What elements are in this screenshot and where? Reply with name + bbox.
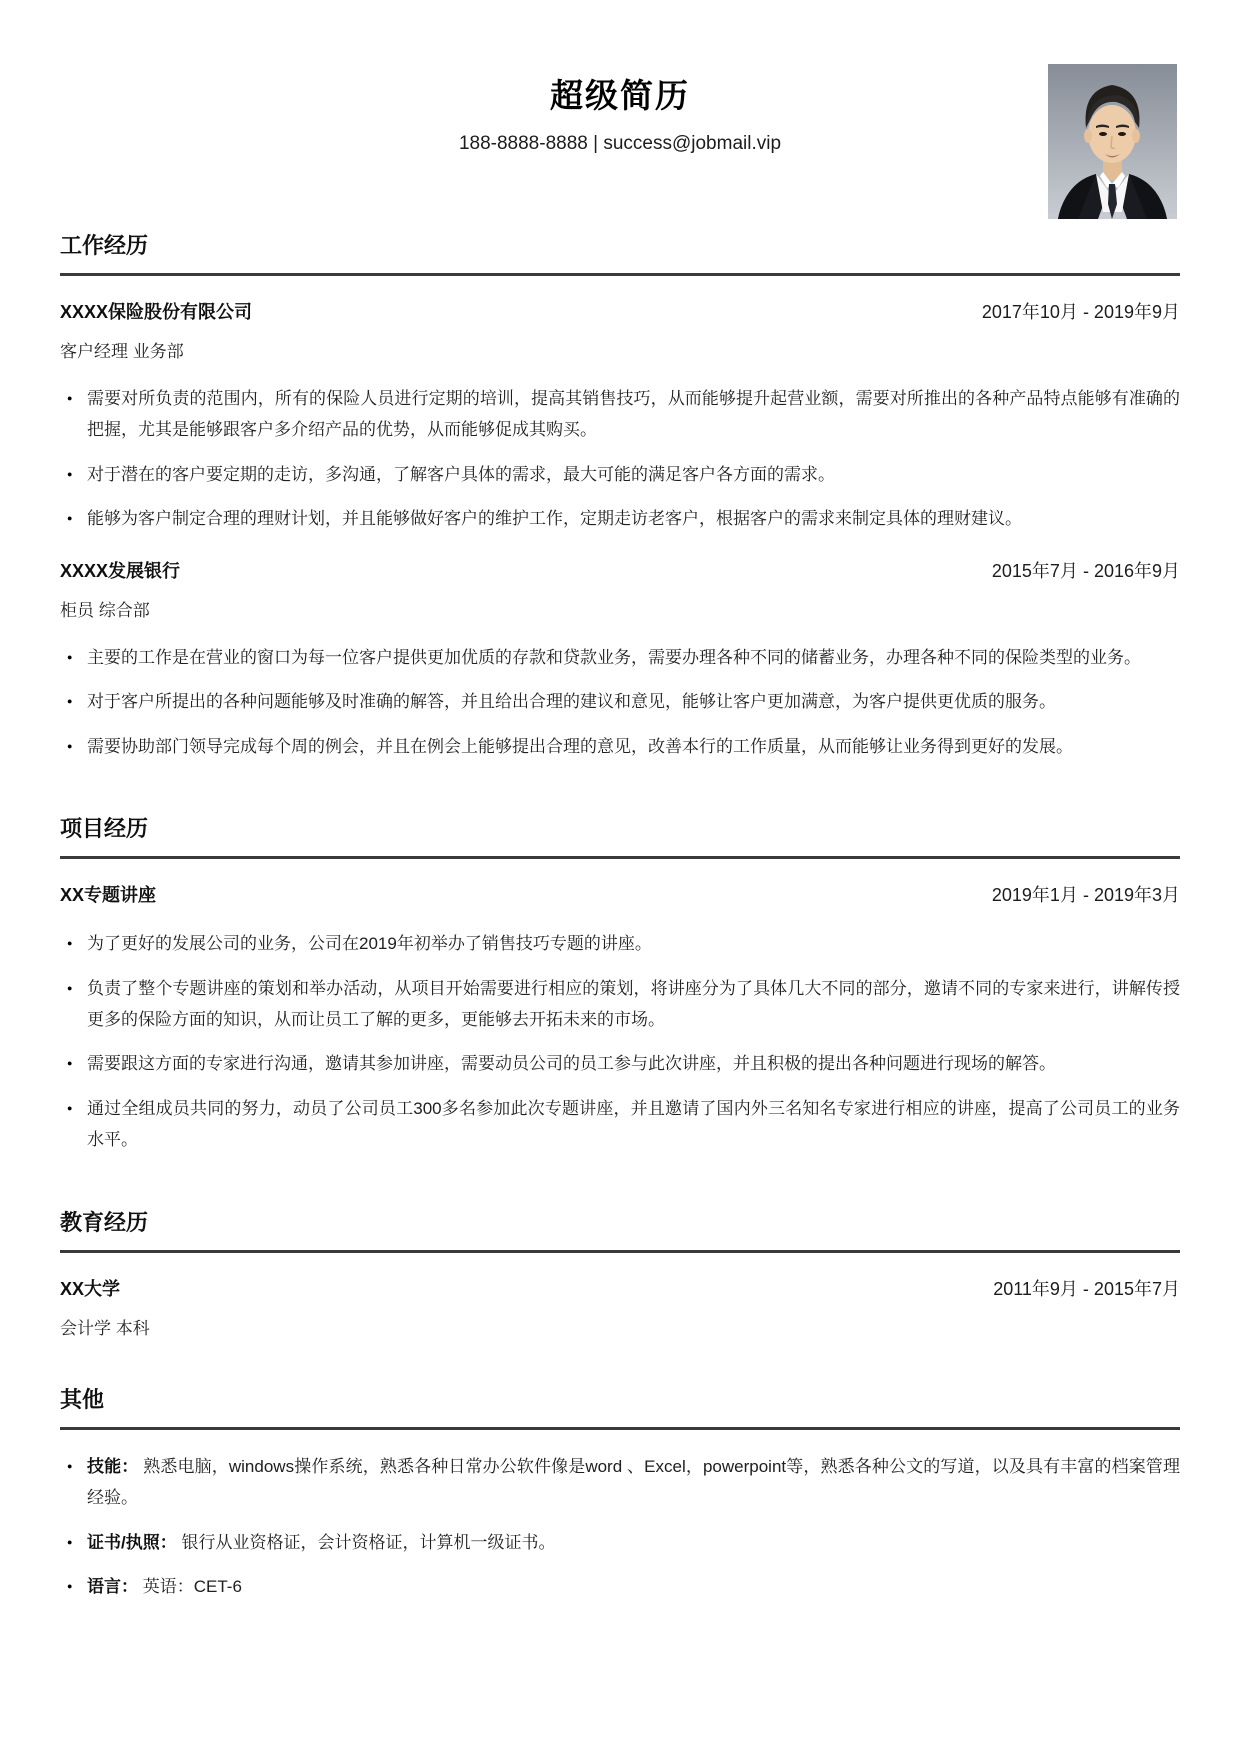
entry-header: XXXX发展银行 2015年7月 - 2016年9月	[60, 557, 1180, 583]
other-bullet-list: 技能： 熟悉电脑，windows操作系统，熟悉各种日常办公软件像是word 、E…	[60, 1451, 1180, 1603]
bullet-text: 银行从业资格证，会计资格证，计算机一级证书。	[181, 1533, 555, 1552]
bullet-item: 主要的工作是在营业的窗口为每一位客户提供更加优质的存款和贷款业务，需要办理各种不…	[60, 642, 1180, 673]
date-range: 2017年10月 - 2019年9月	[982, 298, 1180, 324]
work-entry-2: XXXX发展银行 2015年7月 - 2016年9月 柜员 综合部 主要的工作是…	[60, 557, 1180, 762]
bullet-item: 能够为客户制定合理的理财计划，并且能够做好客户的维护工作，定期走访老客户，根据客…	[60, 503, 1180, 534]
section-heading-project: 项目经历	[60, 812, 1180, 859]
job-role: 客户经理 业务部	[60, 337, 1180, 362]
section-project: 项目经历 XX专题讲座 2019年1月 - 2019年3月 为了更好的发展公司的…	[60, 812, 1180, 1156]
bullet-label: 证书/执照：	[87, 1533, 177, 1552]
entry-header: XXXX保险股份有限公司 2017年10月 - 2019年9月	[60, 298, 1180, 324]
bullet-item-certificates: 证书/执照： 银行从业资格证，会计资格证，计算机一级证书。	[60, 1527, 1180, 1558]
date-range: 2019年1月 - 2019年3月	[992, 881, 1180, 907]
bullet-item-language: 语言： 英语：CET-6	[60, 1571, 1180, 1602]
project-bullet-list: 为了更好的发展公司的业务，公司在2019年初举办了销售技巧专题的讲座。 负责了整…	[60, 928, 1180, 1156]
section-work: 工作经历 XXXX保险股份有限公司 2017年10月 - 2019年9月 客户经…	[60, 229, 1180, 762]
bullet-text: 熟悉电脑，windows操作系统，熟悉各种日常办公软件像是word 、Excel…	[87, 1457, 1180, 1507]
profile-photo	[1048, 64, 1177, 219]
bullet-item: 需要对所负责的范围内，所有的保险人员进行定期的培训，提高其销售技巧，从而能够提升…	[60, 383, 1180, 446]
section-heading-other: 其他	[60, 1383, 1180, 1430]
company-name: XXXX发展银行	[60, 557, 180, 583]
resume-title: 超级简历	[60, 0, 1180, 117]
section-heading-education: 教育经历	[60, 1206, 1180, 1253]
bullet-item-skills: 技能： 熟悉电脑，windows操作系统，熟悉各种日常办公软件像是word 、E…	[60, 1451, 1180, 1514]
job-bullet-list: 需要对所负责的范围内，所有的保险人员进行定期的培训，提高其销售技巧，从而能够提升…	[60, 383, 1180, 535]
bullet-item: 需要协助部门领导完成每个周的例会，并且在例会上能够提出合理的意见，改善本行的工作…	[60, 731, 1180, 762]
bullet-item: 需要跟这方面的专家进行沟通，邀请其参加讲座，需要动员公司的员工参与此次讲座，并且…	[60, 1048, 1180, 1079]
project-name: XX专题讲座	[60, 881, 156, 907]
work-entry-1: XXXX保险股份有限公司 2017年10月 - 2019年9月 客户经理 业务部…	[60, 298, 1180, 535]
section-other: 其他 技能： 熟悉电脑，windows操作系统，熟悉各种日常办公软件像是word…	[60, 1383, 1180, 1603]
major-degree: 会计学 本科	[60, 1314, 1180, 1339]
entry-header: XX大学 2011年9月 - 2015年7月	[60, 1275, 1180, 1301]
bullet-text: 英语：CET-6	[143, 1577, 242, 1596]
job-bullet-list: 主要的工作是在营业的窗口为每一位客户提供更加优质的存款和贷款业务，需要办理各种不…	[60, 642, 1180, 762]
portrait-illustration	[1048, 64, 1177, 219]
date-range: 2015年7月 - 2016年9月	[992, 557, 1180, 583]
education-entry: XX大学 2011年9月 - 2015年7月 会计学 本科	[60, 1275, 1180, 1339]
bullet-item: 对于客户所提出的各种问题能够及时准确的解答，并且给出合理的建议和意见，能够让客户…	[60, 686, 1180, 717]
bullet-item: 负责了整个专题讲座的策划和举办活动，从项目开始需要进行相应的策划，将讲座分为了具…	[60, 973, 1180, 1036]
section-education: 教育经历 XX大学 2011年9月 - 2015年7月 会计学 本科	[60, 1206, 1180, 1339]
bullet-item: 为了更好的发展公司的业务，公司在2019年初举办了销售技巧专题的讲座。	[60, 928, 1180, 959]
contact-line: 188-8888-8888 | success@jobmail.vip	[60, 133, 1180, 155]
company-name: XXXX保险股份有限公司	[60, 298, 252, 324]
bullet-label: 语言：	[87, 1577, 138, 1596]
job-role: 柜员 综合部	[60, 596, 1180, 621]
entry-header: XX专题讲座 2019年1月 - 2019年3月	[60, 881, 1180, 907]
bullet-label: 技能：	[87, 1457, 138, 1476]
section-heading-work: 工作经历	[60, 229, 1180, 276]
bullet-item: 对于潜在的客户要定期的走访，多沟通，了解客户具体的需求，最大可能的满足客户各方面…	[60, 459, 1180, 490]
resume-page: 超级简历 188-8888-8888 | success@jobmail.vip	[0, 0, 1240, 1755]
school-name: XX大学	[60, 1275, 120, 1301]
date-range: 2011年9月 - 2015年7月	[993, 1275, 1180, 1301]
project-entry: XX专题讲座 2019年1月 - 2019年3月 为了更好的发展公司的业务，公司…	[60, 881, 1180, 1156]
bullet-item: 通过全组成员共同的努力，动员了公司员工300多名参加此次专题讲座，并且邀请了国内…	[60, 1093, 1180, 1156]
